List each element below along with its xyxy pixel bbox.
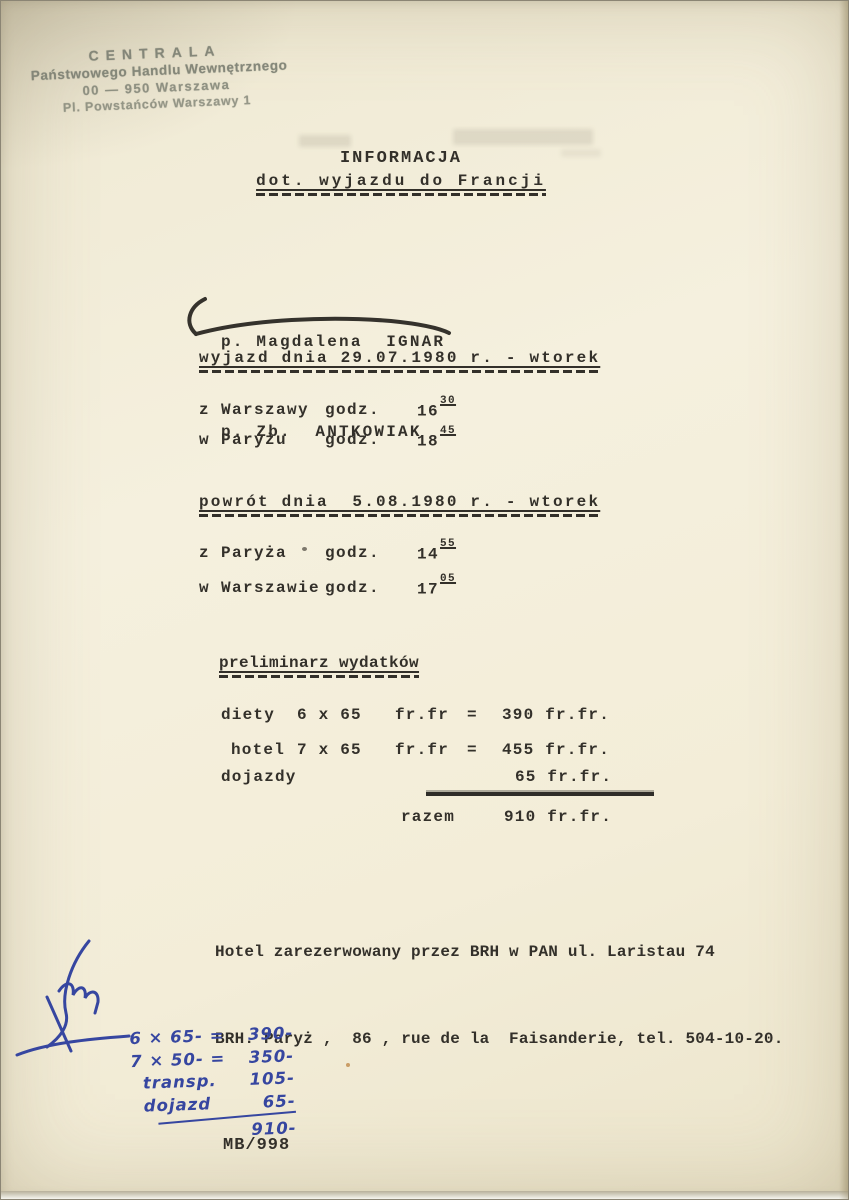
document-title-block: INFORMACJA dot. wyjazdu do Francji (231, 149, 571, 196)
signature-mark (11, 929, 139, 1067)
budget-row: hotel 7 x 65 fr.fr = 455 fr.fr. (221, 741, 610, 759)
expense-amount: 455 fr.fr. (502, 741, 610, 759)
time-label: godz. (325, 431, 417, 450)
scan-speck (346, 1063, 350, 1067)
expense-unit (395, 768, 467, 786)
departure-heading: wyjazd dnia 29.07.1980 r. - wtorek (199, 349, 600, 373)
return-row: z Paryża godz. 1455 (199, 544, 455, 563)
scan-speck (302, 547, 307, 551)
handwritten-amount: 390- (231, 1022, 294, 1047)
equals-sign (467, 768, 502, 786)
budget-row: dojazdy 65 fr.fr. (221, 768, 612, 786)
expense-calc: 6 x 65 (297, 706, 395, 724)
scan-edge-bottom (1, 1191, 848, 1199)
time-minutes: 45 (440, 425, 456, 437)
expense-amount: 65 fr.fr. (502, 768, 612, 786)
document-subtitle: dot. wyjazdu do Francji (256, 172, 546, 196)
time-value: 1630 (417, 401, 455, 420)
expense-unit: fr.fr (395, 706, 467, 724)
place-label: w Warszawie (199, 579, 325, 598)
return-heading: powrót dnia 5.08.1980 r. - wtorek (199, 493, 600, 517)
departure-row: w Paryżu godz. 1845 (199, 431, 455, 450)
expense-amount: 390 fr.fr. (502, 706, 610, 724)
scan-edge-right (839, 1, 848, 1199)
expense-label: dojazdy (221, 768, 297, 786)
budget-heading: preliminarz wydatków (219, 654, 419, 678)
departure-row: z Warszawy godz. 1630 (199, 401, 455, 420)
place-label: w Paryżu (199, 431, 325, 450)
total-amount: 910 fr.fr. (504, 808, 612, 826)
time-minutes: 05 (440, 573, 456, 585)
budget-row: diety 6 x 65 fr.fr = 390 fr.fr. (221, 706, 610, 724)
print-ghost (453, 129, 593, 145)
time-value: 1845 (417, 431, 455, 450)
time-label: godz. (325, 544, 417, 563)
total-rule (426, 792, 654, 796)
handwritten-amount: 105- (233, 1067, 296, 1092)
document-title: INFORMACJA (231, 149, 571, 168)
expense-calc: 7 x 65 (297, 741, 395, 759)
time-value: 1455 (417, 544, 455, 563)
org-stamp: CENTRALA Państwowego Handlu Wewnętrznego… (30, 40, 283, 116)
time-minutes: 30 (440, 395, 456, 407)
total-label: razem (401, 808, 504, 826)
hotel-note-line: Hotel zarezerwowany przez BRH w PAN ul. … (215, 938, 784, 967)
expense-unit: fr.fr (395, 741, 467, 759)
time-label: godz. (325, 579, 417, 598)
return-row: w Warszawie godz. 1705 (199, 579, 455, 598)
expense-calc (297, 768, 395, 786)
expense-label: diety (221, 706, 297, 724)
budget-total-row: razem 910 fr.fr. (401, 808, 612, 826)
document-scan: CENTRALA Państwowego Handlu Wewnętrznego… (0, 0, 849, 1200)
handwritten-left: dojazd (131, 1092, 234, 1118)
print-ghost (299, 135, 351, 147)
pen-underline-mark (181, 295, 461, 341)
time-value: 1705 (417, 579, 455, 598)
expense-label: hotel (221, 741, 297, 759)
handwritten-amount: 350- (232, 1045, 295, 1070)
time-minutes: 55 (440, 538, 456, 550)
time-label: godz. (325, 401, 417, 420)
equals-sign: = (467, 741, 502, 759)
reference-number: MB/998 (223, 1136, 290, 1155)
handwritten-calculation: 6 × 65- = 390- 7 × 50- = 350- transp. 10… (129, 1022, 308, 1145)
place-label: z Warszawy (199, 401, 325, 420)
equals-sign: = (467, 706, 502, 724)
